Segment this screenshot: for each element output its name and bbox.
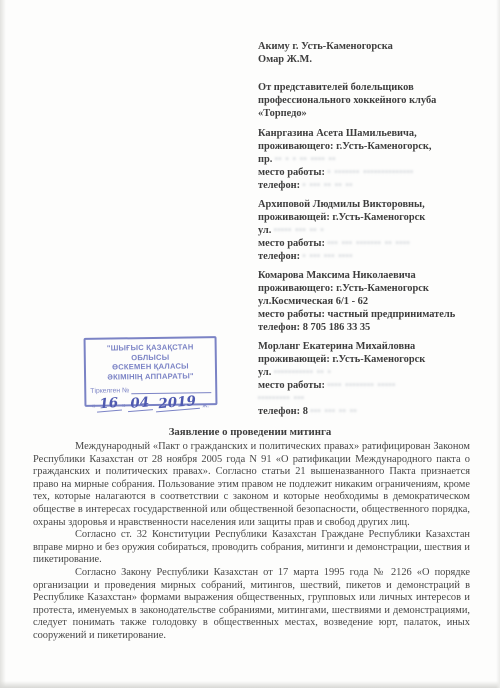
scan-edge-left bbox=[0, 0, 6, 688]
applicant-text: Комарова Максима Николаевича bbox=[258, 270, 416, 281]
body-paragraph: Международный «Пакт о гражданских и поли… bbox=[33, 441, 470, 529]
redacted-text: ∙∙∙ ∙∙∙ ∙∙∙∙∙∙∙ ∙∙ ∙∙∙∙ bbox=[328, 238, 411, 249]
applicant-text: Канргазина Асета Шамильевича, bbox=[258, 128, 417, 139]
body-paragraph: Согласно ст. 32 Конституции Республики К… bbox=[33, 529, 470, 567]
redacted-text: ∙∙∙∙∙∙∙∙∙ ∙∙∙ bbox=[258, 393, 305, 404]
applicant-text: проживающего: г.Усть-Каменогорск, bbox=[258, 141, 431, 152]
applicant-text: место работы: bbox=[258, 380, 328, 391]
recipient-block: Акиму г. Усть-Каменогорска Омар Ж.М. bbox=[258, 40, 476, 66]
applicant-text: телефон: bbox=[258, 251, 303, 262]
applicant-line: Канргазина Асета Шамильевича, bbox=[258, 127, 476, 140]
recipient-line: Омар Ж.М. bbox=[258, 53, 476, 66]
applicant-line: телефон: ∙ ∙∙∙ ∙∙ ∙∙ ∙∙ bbox=[258, 179, 476, 192]
applicant-text: проживающей: г.Усть-Каменогорск bbox=[258, 354, 425, 365]
applicant-text: Морланг Екатерина Михайловна bbox=[258, 341, 415, 352]
applicant-line: проживающего: г.Усть-Каменогорск, bbox=[258, 140, 476, 153]
applicant-block: Морланг Екатерина Михайловнапроживающей:… bbox=[258, 340, 476, 418]
applicant-line: телефон: 8 ∙∙∙ ∙∙∙ ∙∙ ∙∙ bbox=[258, 405, 476, 418]
applicant-line: пр. ∙∙ ∙ ∙ ∙∙ ∙∙∙∙ ∙∙ bbox=[258, 153, 476, 166]
applicant-line: ул.Космическая 6/1 - 62 bbox=[258, 295, 476, 308]
applicant-line: место работы: ∙ ∙∙∙∙∙∙∙ ∙∙∙∙∙∙∙∙∙∙∙∙∙∙ bbox=[258, 166, 476, 179]
stamp-reg-label: Тіркелген № bbox=[90, 387, 129, 395]
applicant-text: ул. bbox=[258, 225, 274, 236]
applicant-line: телефон: ∙ ∙∙∙ ∙∙∙ ∙∙∙∙ bbox=[258, 250, 476, 263]
applicant-text: место работы: bbox=[258, 238, 328, 249]
applicant-line: проживающей: г.Усть-Каменогорск bbox=[258, 353, 476, 366]
redacted-text: ∙∙∙ ∙∙∙ ∙∙ ∙∙ bbox=[311, 406, 358, 417]
document-title: Заявление о проведении митинга bbox=[0, 426, 500, 438]
stamp-reg-blank-line bbox=[131, 385, 211, 394]
applicant-line: место работы: частный предприниматель bbox=[258, 308, 476, 321]
applicant-text: ул. bbox=[258, 367, 274, 378]
applicant-text: место работы: частный предприниматель bbox=[258, 309, 455, 320]
applicant-line: ул. ∙∙∙∙∙∙∙∙∙∙∙ ∙∙ ∙ bbox=[258, 366, 476, 379]
applicant-text: Архиповой Людмилы Викторовны, bbox=[258, 199, 425, 210]
from-block: От представителей болельщиков профессион… bbox=[258, 81, 476, 120]
recipient-line: Акиму г. Усть-Каменогорска bbox=[258, 40, 476, 53]
applicant-line: Морланг Екатерина Михайловна bbox=[258, 340, 476, 353]
from-line: «Торпедо» bbox=[258, 107, 476, 120]
scan-edge-right bbox=[496, 0, 500, 688]
applicants-list: Канргазина Асета Шамильевича,проживающег… bbox=[258, 127, 476, 418]
applicant-text: место работы: bbox=[258, 167, 328, 178]
applicant-line: место работы: ∙∙∙ ∙∙∙ ∙∙∙∙∙∙∙ ∙∙ ∙∙∙∙ bbox=[258, 237, 476, 250]
body-paragraph: Согласно Закону Республики Казахстан от … bbox=[33, 567, 470, 643]
applicant-text: ул.Космическая 6/1 - 62 bbox=[258, 296, 368, 307]
stamp-date-suffix: ж. bbox=[202, 402, 209, 409]
applicant-line: ∙∙∙∙∙∙∙∙∙ ∙∙∙ bbox=[258, 392, 476, 405]
applicant-text: телефон: 8 705 186 33 35 bbox=[258, 322, 370, 333]
stamp-date-year-handwritten: 2019 bbox=[155, 395, 200, 413]
stamp-date-month-handwritten: 04 bbox=[127, 396, 153, 412]
letter-header: Акиму г. Усть-Каменогорска Омар Ж.М. От … bbox=[258, 40, 476, 424]
stamp-date: « 16 » 04 2019 ж. bbox=[90, 396, 211, 412]
stamp-date-quote: « bbox=[91, 403, 95, 410]
applicant-line: телефон: 8 705 186 33 35 bbox=[258, 321, 476, 334]
stamp-org-line: "ШЫҒЫС ҚАЗАҚСТАН ОБЛЫСЫ bbox=[90, 342, 211, 363]
applicant-line: место работы: ∙∙∙∙ ∙∙∙∙∙∙∙∙ ∙∙∙∙∙ bbox=[258, 379, 476, 392]
redacted-text: ∙∙∙∙∙ ∙∙∙ ∙∙ ∙ bbox=[274, 225, 324, 236]
redacted-text: ∙ ∙∙∙ ∙∙ ∙∙ ∙∙ bbox=[303, 180, 353, 191]
applicant-text: проживающей: г.Усть-Каменогорск bbox=[258, 212, 425, 223]
stamp-date-quote: » bbox=[122, 402, 126, 409]
document-body: Международный «Пакт о гражданских и поли… bbox=[33, 441, 470, 643]
redacted-text: ∙ ∙∙∙ ∙∙∙ ∙∙∙∙ bbox=[303, 251, 353, 262]
redacted-text: ∙∙ ∙ ∙ ∙∙ ∙∙∙∙ ∙∙ bbox=[275, 154, 336, 165]
applicant-block: Комарова Максима Николаевичапроживающего… bbox=[258, 269, 476, 334]
applicant-text: проживающего: г.Усть-Каменогорск bbox=[258, 283, 429, 294]
redacted-text: ∙∙∙∙∙∙∙∙∙∙∙ ∙∙ ∙ bbox=[274, 367, 332, 378]
registration-stamp: "ШЫҒЫС ҚАЗАҚСТАН ОБЛЫСЫ ӨСКЕМЕН ҚАЛАСЫ Ә… bbox=[84, 336, 218, 407]
scanned-document-page: Акиму г. Усть-Каменогорска Омар Ж.М. От … bbox=[0, 0, 500, 688]
applicant-block: Архиповой Людмилы Викторовны,проживающей… bbox=[258, 198, 476, 263]
applicant-text: телефон: bbox=[258, 180, 303, 191]
applicant-line: проживающей: г.Усть-Каменогорск bbox=[258, 211, 476, 224]
from-line: От представителей болельщиков bbox=[258, 81, 476, 94]
redacted-text: ∙∙∙∙ ∙∙∙∙∙∙∙∙ ∙∙∙∙∙ bbox=[328, 380, 396, 391]
applicant-line: проживающего: г.Усть-Каменогорск bbox=[258, 282, 476, 295]
stamp-org-name: "ШЫҒЫС ҚАЗАҚСТАН ОБЛЫСЫ ӨСКЕМЕН ҚАЛАСЫ Ә… bbox=[90, 342, 212, 382]
redacted-text: ∙ ∙∙∙∙∙∙∙ ∙∙∙∙∙∙∙∙∙∙∙∙∙∙ bbox=[328, 167, 414, 178]
stamp-date-day-handwritten: 16 bbox=[96, 397, 122, 413]
applicant-line: ул. ∙∙∙∙∙ ∙∙∙ ∙∙ ∙ bbox=[258, 224, 476, 237]
applicant-block: Канргазина Асета Шамильевича,проживающег… bbox=[258, 127, 476, 192]
scan-edge-bottom bbox=[0, 681, 500, 688]
applicant-line: Архиповой Людмилы Викторовны, bbox=[258, 198, 476, 211]
applicant-line: Комарова Максима Николаевича bbox=[258, 269, 476, 282]
stamp-org-line: ӘКІМІНІҢ АППАРАТЫ" bbox=[90, 371, 211, 382]
from-line: профессионального хоккейного клуба bbox=[258, 94, 476, 107]
applicant-text: телефон: 8 bbox=[258, 406, 311, 417]
applicant-text: пр. bbox=[258, 154, 275, 165]
